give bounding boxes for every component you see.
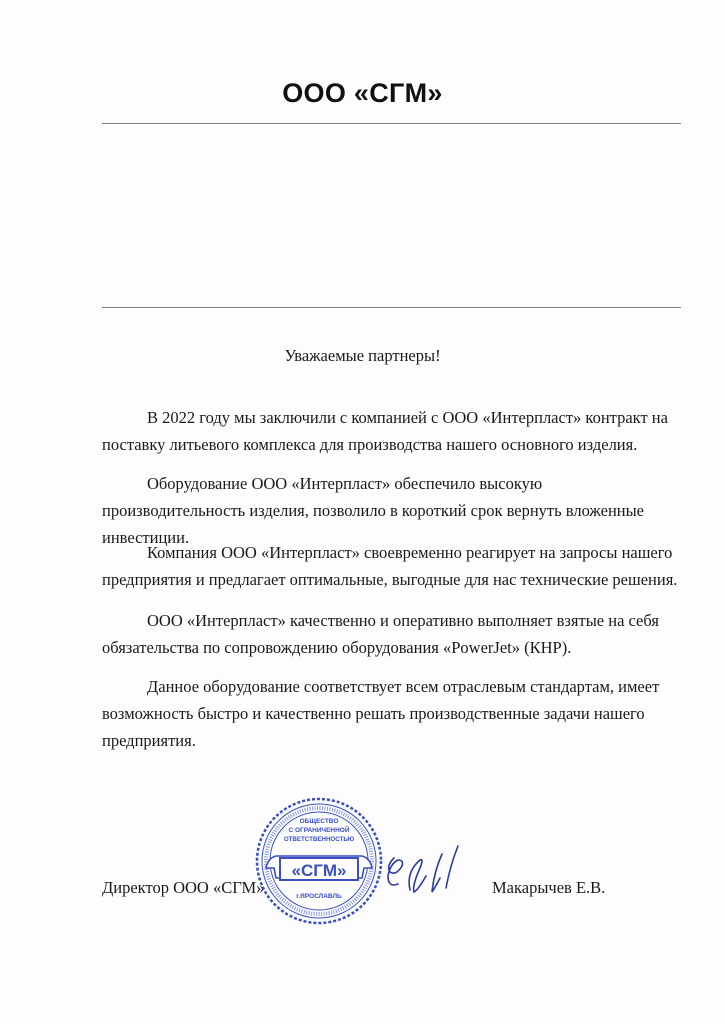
paragraph: Компания ООО «Интерпласт» своевременно р…: [102, 539, 682, 593]
handwritten-signature: [380, 842, 470, 902]
greeting: Уважаемые партнеры!: [0, 346, 725, 366]
stamp-text-line3: ОТВЕТСТВЕННОСТЬЮ: [284, 836, 355, 843]
signatory-name: Макарычев Е.В.: [492, 878, 605, 898]
paragraph: Данное оборудование соответствует всем о…: [102, 673, 682, 754]
stamp-text-city: г.ЯРОСЛАВЛЬ: [296, 893, 342, 900]
signatory-role: Директор ООО «СГМ»: [102, 878, 264, 898]
stamp-text-center: «СГМ»: [292, 861, 347, 880]
paragraph: В 2022 году мы заключили с компанией с О…: [102, 404, 682, 458]
paragraph: ООО «Интерпласт» качественно и оперативн…: [102, 607, 682, 661]
letter-page: ООО «СГМ» Уважаемые партнеры! В 2022 год…: [0, 0, 725, 1024]
header-divider-top: [102, 123, 681, 124]
letterhead-title: ООО «СГМ»: [0, 78, 725, 109]
stamp-text-line2: С ОГРАНИЧЕННОЙ: [288, 825, 349, 834]
header-divider-bottom: [102, 307, 681, 308]
company-stamp: ОБЩЕСТВО С ОГРАНИЧЕННОЙ ОТВЕТСТВЕННОСТЬЮ…: [254, 796, 384, 926]
stamp-text-line1: ОБЩЕСТВО: [300, 818, 339, 825]
